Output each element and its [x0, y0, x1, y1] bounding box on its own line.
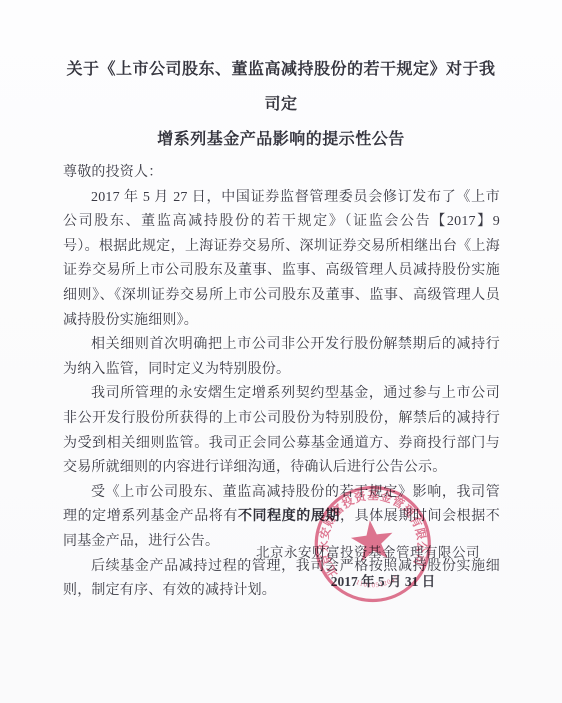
paragraph-regulation-issued: 2017 年 5 月 27 日，中国证券监督管理委员会修订发布了《上市公司股东、…: [63, 186, 500, 334]
document-body: 尊敬的投资人： 2017 年 5 月 27 日，中国证券监督管理委员会修订发布了…: [63, 161, 500, 604]
signature-company-name: 北京永安财富投资基金管理有限公司: [0, 541, 480, 561]
title-line-1: 关于《上市公司股东、董监高减持股份的若干规定》对于我司定: [60, 52, 502, 122]
extension-text-bold: 不同程度的展期: [238, 509, 340, 524]
salutation: 尊敬的投资人：: [63, 161, 500, 186]
paragraph-special-shares: 相关细则首次明确把上市公司非公开发行股份解禁期后的减持行为纳入监管，同时定义为特…: [63, 333, 500, 382]
title-line-2: 增系列基金产品影响的提示性公告: [60, 122, 502, 157]
page-title: 关于《上市公司股东、董监高减持股份的若干规定》对于我司定 增系列基金产品影响的提…: [60, 0, 502, 157]
announcement-document: 关于《上市公司股东、董监高减持股份的若干规定》对于我司定 增系列基金产品影响的提…: [0, 0, 562, 703]
paragraph-fund-impact: 我司所管理的永安熠生定增系列契约型基金，通过参与上市公司非公开发行股份所获得的上…: [63, 382, 500, 480]
signature-date: 2017 年 5 月 31 日: [326, 570, 440, 590]
